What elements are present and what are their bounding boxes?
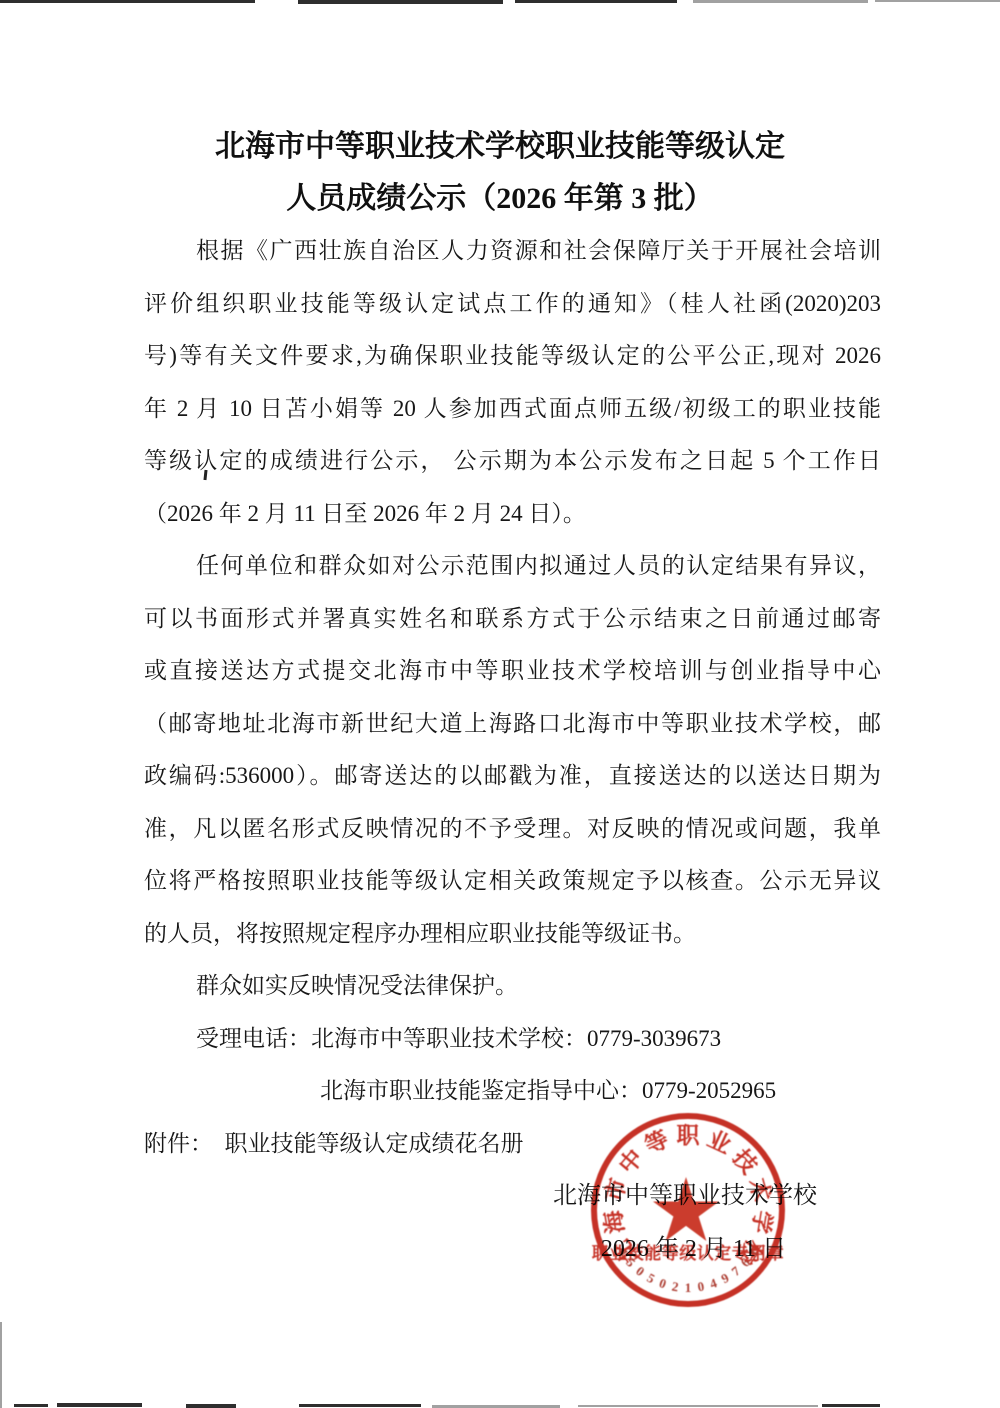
scan-artifact-line: [298, 0, 503, 4]
phone-line-school: 受理电话：北海市中等职业技术学校：0779-3039673: [144, 1013, 881, 1066]
seal-digit: 0: [693, 1279, 709, 1295]
paragraph-2-line: 任何单位和群众如对公示范围内拟通过人员的认定结果有异议，: [144, 540, 881, 593]
paragraph-2-line: 可以书面形式并署真实姓名和联系方式于公示结束之日前通过邮寄: [144, 593, 881, 646]
paragraph-1-line: 年 2 月 10 日苫小娟等 20 人参加西式面点师五级/初级工的职业技能: [144, 383, 881, 436]
seal-digit: 1: [681, 1281, 695, 1295]
scan-artifact-line: [693, 0, 868, 3]
scan-artifact-line: [0, 0, 255, 3]
attachment-line: 附件： 职业技能等级认定成绩花名册: [144, 1118, 881, 1171]
seal-digit: 2: [667, 1279, 683, 1295]
paragraph-3-line: 群众如实反映情况受法律保护。: [144, 960, 881, 1013]
paragraph-2-line: 的人员，将按照规定程序办理相应职业技能等级证书。: [144, 908, 881, 961]
signature-date: 2026 年 2 月 11 日: [144, 1223, 881, 1276]
paragraph-2-line: （邮寄地址北海市新世纪大道上海路口北海市中等职业技术学校，邮: [144, 698, 881, 751]
scan-artifact-line: [57, 1403, 142, 1407]
paragraph-2-line: 或直接送达方式提交北海市中等职业技术学校培训与创业指导中心: [144, 645, 881, 698]
scan-artifact-line: [186, 1404, 236, 1408]
signature-org: 北海市中等职业技术学校: [144, 1170, 881, 1223]
scan-artifact-line: [0, 1322, 2, 1408]
paragraph-1-line: 根据《广西壮族自治区人力资源和社会保障厅关于开展社会培训: [144, 225, 881, 278]
document-page: 北海市中等职业技术学校职业技能等级认定 人员成绩公示（2026 年第 3 批） …: [0, 0, 1000, 1408]
paragraph-1-line: 评价组织职业技能等级认定试点工作的通知》（桂人社函(2020)203: [144, 278, 881, 331]
seal-digit: 4: [704, 1275, 722, 1293]
paragraph-2-line: 政编码:536000）。邮寄送达的以邮戳为准，直接送达的以送达日期为: [144, 750, 881, 803]
scan-artifact-line: [299, 1404, 421, 1407]
scan-artifact-line: [515, 0, 677, 3]
paragraph-1-line: 等级认定的成绩进行公示， 公示期为本公示发布之日起 5 个工作日: [144, 435, 881, 488]
paragraph-2-line: 位将严格按照职业技能等级认定相关政策规定予以核查。公示无异议: [144, 855, 881, 908]
doc-title-line2: 人员成绩公示（2026 年第 3 批）: [0, 181, 1000, 217]
phone-line-center: 北海市职业技能鉴定指导中心：0779-2052965: [144, 1065, 881, 1118]
paragraph-1-line: 号)等有关文件要求,为确保职业技能等级认定的公平公正,现对 2026: [144, 330, 881, 383]
scan-artifact-line: [14, 1404, 48, 1407]
scan-artifact-line: [578, 1405, 818, 1407]
doc-title-line1: 北海市中等职业技术学校职业技能等级认定: [0, 129, 1000, 165]
paragraph-1-line: （2026 年 2 月 11 日至 2026 年 2 月 24 日）。: [144, 488, 881, 541]
scan-artifact-line: [822, 1404, 880, 1407]
scan-artifact-line: [875, 0, 1000, 2]
body-text: 根据《广西壮族自治区人力资源和社会保障厅关于开展社会培训 评价组织职业技能等级认…: [144, 225, 881, 1275]
paragraph-2-line: 准，凡以匿名形式反映情况的不予受理。对反映的情况或问题，我单: [144, 803, 881, 856]
seal-digit: 0: [654, 1275, 672, 1293]
